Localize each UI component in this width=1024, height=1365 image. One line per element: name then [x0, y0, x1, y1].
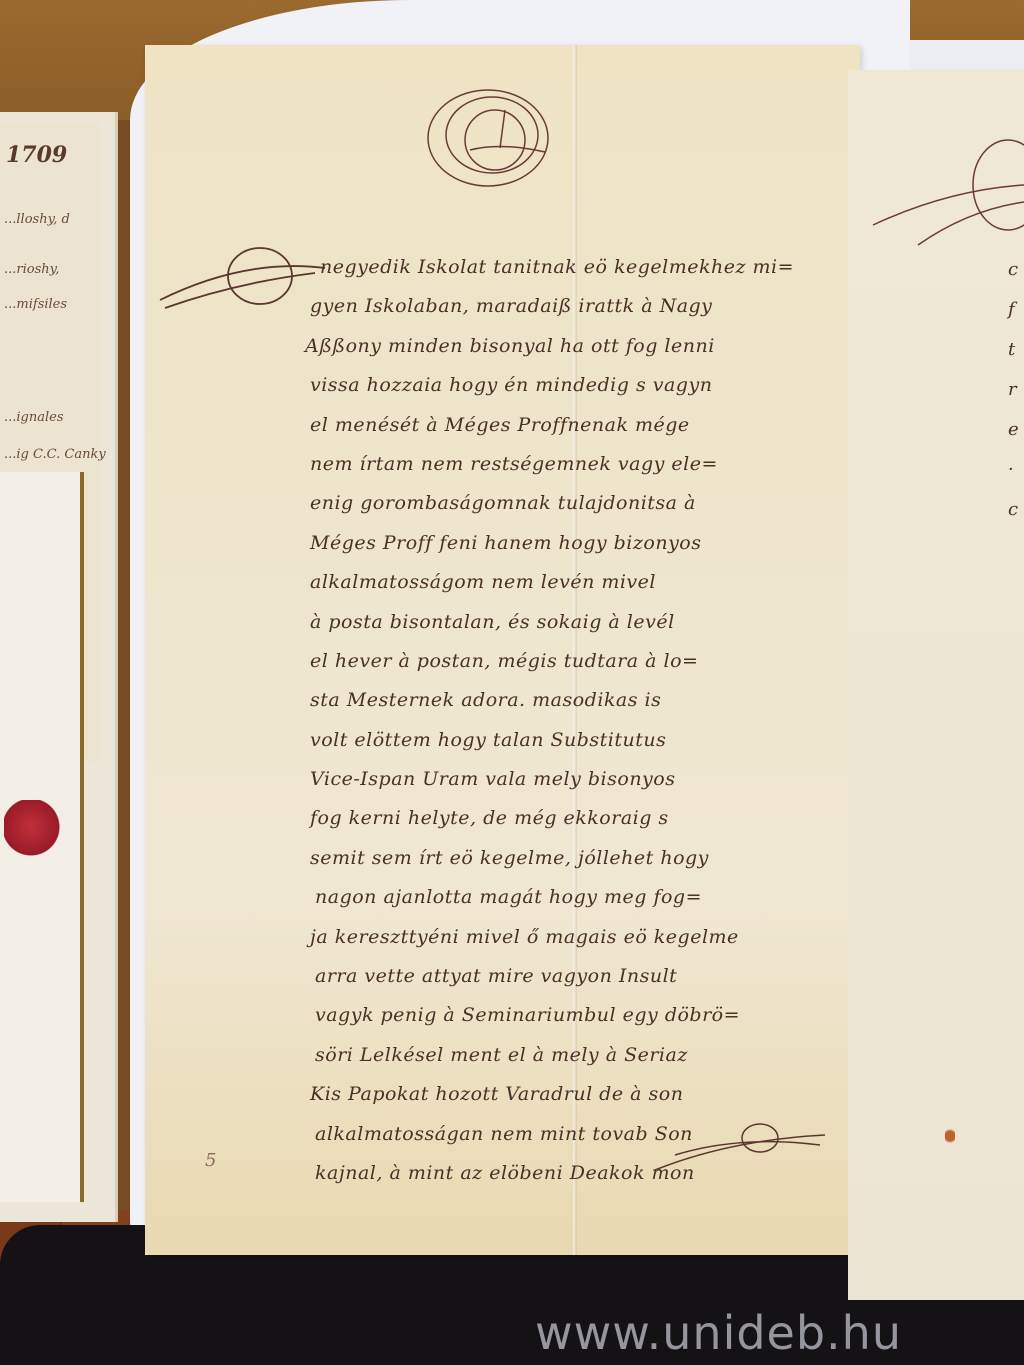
manuscript-line: nem írtam nem restségemnek vagy ele= [180, 455, 850, 494]
left-note: ...ignales [4, 410, 64, 425]
manuscript-line: semit sem írt eö kegelme, jóllehet hogy [180, 849, 850, 888]
manuscript-line: sta Mesternek adora. masodikas is [180, 691, 850, 730]
manuscript-line: kajnal, à mint az elöbeni Deakok mon [180, 1164, 850, 1203]
manuscript-line: gyen Iskolaban, maradaiß irattk à Nagy [180, 297, 850, 336]
manuscript-line: arra vette attyat mire vagyon Insult [180, 967, 850, 1006]
manuscript-line: Méges Proff feni hanem hogy bizonyos [180, 534, 850, 573]
right-page-flourish-icon [868, 130, 1024, 250]
manuscript-line: enig gorombaságomnak tulajdonitsa à [180, 494, 850, 533]
manuscript-line: alkalmatosságan nem mint tovab Son [180, 1125, 850, 1164]
manuscript-line: vissa hozzaia hogy én mindedig s vagyn [180, 376, 850, 415]
manuscript-line: negyedik Iskolat tanitnak eö kegelmekhez… [180, 258, 850, 297]
manuscript-line: volt elöttem hogy talan Substitutus [180, 731, 850, 770]
ornamental-circle-mark-icon [420, 80, 570, 190]
left-document-stack: ...lloshy, d ...rioshy, ...mifsiles ...i… [0, 112, 118, 1222]
manuscript-line: el menését à Méges Proffnenak mége [180, 416, 850, 455]
page-number: 5 [205, 1150, 216, 1171]
adjacent-manuscript-page [848, 70, 1024, 1300]
left-note: ...lloshy, d [4, 212, 70, 227]
right-page-text-fragments: cftre·c [1008, 250, 1019, 530]
left-note: ...ig C.C. Canky [4, 447, 106, 462]
manuscript-line: ja kereszttyéni mivel ő magais eö kegelm… [180, 928, 850, 967]
manuscript-line: alkalmatosságom nem levén mivel [180, 573, 850, 612]
rust-stain [945, 1125, 955, 1147]
left-date-fragment: 1709 [6, 142, 67, 168]
manuscript-line: à posta bisontalan, és sokaig à levél [180, 613, 850, 652]
manuscript-line: nagon ajanlotta magát hogy meg fog= [180, 888, 850, 927]
manuscript-line: Aßßony minden bisonyal ha ott fog lenni [180, 337, 850, 376]
manuscript-line: el hever à postan, mégis tudtara à lo= [180, 652, 850, 691]
manuscript-line: Vice-Ispan Uram vala mely bisonyos [180, 770, 850, 809]
manuscript-text: negyedik Iskolat tanitnak eö kegelmekhez… [180, 258, 850, 1203]
manuscript-line: fog kerni helyte, de még ekkoraig s [180, 809, 850, 848]
left-note: ...mifsiles [4, 297, 67, 312]
manuscript-line: Kis Papokat hozott Varadrul de à son [180, 1085, 850, 1124]
manuscript-line: vagyk penig à Seminariumbul egy döbrö= [180, 1006, 850, 1045]
red-wax-seal-icon [4, 800, 64, 860]
left-note: ...rioshy, [4, 262, 59, 277]
watermark: www.unideb.hu [535, 1306, 902, 1360]
manuscript-line: söri Lelkésel ment el à mely à Seriaz [180, 1046, 850, 1085]
